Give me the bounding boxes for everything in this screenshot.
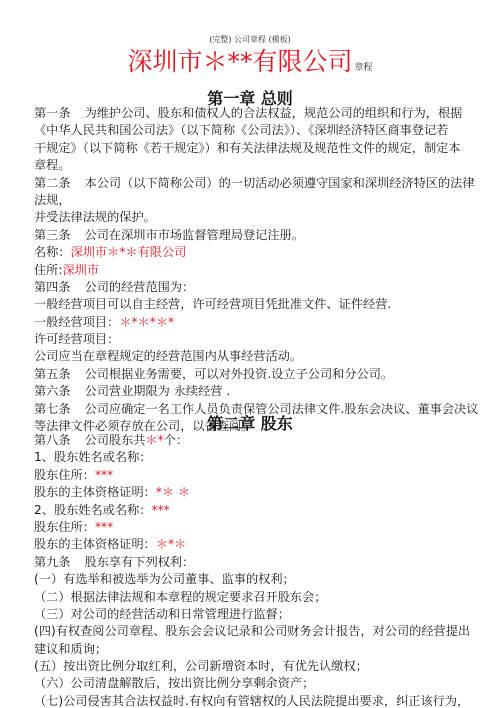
article-number: 第二条	[34, 176, 71, 190]
line-text: 本公司（以下简称公司）的一切活动必须遵守国家和深圳经济特区的法律	[85, 176, 475, 190]
line-text: 许可经营项目：	[34, 332, 119, 346]
document-title: 深圳市＊**有限公司章程	[0, 42, 500, 78]
line-text: 公司的经营范围为：	[85, 280, 195, 294]
line-text: 股东住所：	[34, 520, 95, 534]
text-line: (一）有选举和被选举为公司董事、监事的权利；	[34, 571, 464, 588]
text-line: 股东的主体资格证明：*＊ ＊	[34, 484, 464, 501]
article-line: 第六条公司营业期限为 永续经营 .	[34, 383, 464, 400]
text-line: 许可经营项目：	[34, 331, 464, 348]
article-line: 第九条股东享有下列权利：	[34, 554, 464, 571]
line-text: 2、股东姓名或名称：	[34, 503, 151, 517]
article-number: 第一条	[34, 106, 71, 120]
line-text: 股东的主体资格证明：	[34, 485, 156, 499]
line-text: 住所:	[34, 263, 62, 277]
line-text: 股东的主体资格证明：	[34, 537, 156, 551]
text-line: 章程。	[34, 157, 464, 174]
line-text: （三）对公司的经营活动和日常管理进行监督；	[34, 607, 290, 621]
placeholder-value: ＊*＊	[156, 537, 186, 551]
line-text: 公司根据业务需要，可以对外投资.设立子公司和分公司。	[85, 367, 394, 381]
placeholder-value: *＊ ＊	[156, 485, 190, 499]
article-number: 第四条	[34, 280, 71, 294]
article-number: 第八条	[34, 433, 71, 447]
text-line: 1、股东姓名或名称：	[34, 449, 464, 466]
company-name-title: 深圳市＊**有限公司	[127, 47, 352, 76]
text-line: 一般经营项目：＊*＊*＊*	[34, 314, 464, 331]
line-text: （七)公司侵害其合法权益时.有权向有管辖权的人民法院提出要求，纠正该行为，	[34, 694, 469, 708]
placeholder-value: ***	[95, 468, 113, 482]
line-text: 公司在深圳市市场监督管理局登记注册。	[85, 228, 304, 242]
placeholder-value: 深圳市	[62, 263, 99, 277]
text-line: 名称：深圳市＊*＊有限公司	[34, 244, 464, 261]
line-text: 公司营业期限为 永续经营 .	[85, 384, 231, 398]
line-text: 干规定》（以下简称《若干规定》）和有关法律法规及规范性文件的规定，制定本	[34, 141, 461, 155]
line-text: 并受法律法规的保护。	[34, 210, 156, 224]
line-text: 股东享有下列权利：	[85, 555, 195, 569]
line-text: 《中华人民共和国公司法》（以下简称《公司法》）、《深圳经济特区商事登记若	[34, 123, 448, 137]
article-number: 第五条	[34, 367, 71, 381]
line-text: 公司应当在章程规定的经营范围内从事经营活动。	[34, 349, 302, 363]
text-line: （六）公司清盘解散后，按出资比例分享剩余资产；	[34, 675, 464, 692]
line-text: 一般经营项目可以自主经营，许可经营项目凭批准文件、证件经营.	[34, 297, 391, 311]
article-line: 第四条公司的经营范围为：	[34, 279, 464, 296]
line-text: (五）按出资比例分取红利，公司新增资本时，有优先认缴权；	[34, 659, 368, 673]
article-line: 第八条公司股东共＊*个：	[34, 432, 464, 449]
text-line: 并受法律法规的保护。	[34, 209, 464, 226]
text-line: （七)公司侵害其合法权益时.有权向有管辖权的人民法院提出要求，纠正该行为，	[34, 693, 464, 708]
article-number: 第六条	[34, 384, 71, 398]
placeholder-value: ***	[95, 520, 113, 534]
placeholder-value: ***	[151, 503, 169, 517]
text-line: 公司应当在章程规定的经营范围内从事经营活动。	[34, 348, 464, 365]
article-number: 第三条	[34, 228, 71, 242]
document-page: (完整) 公司章程 (模板) 深圳市＊**有限公司章程 第一章 总则 第一条为维…	[0, 0, 500, 708]
article-line: 第五条公司根据业务需要，可以对外投资.设立子公司和分公司。	[34, 366, 464, 383]
line-text: 建议和质询；	[34, 642, 107, 656]
article-number: 第九条	[34, 555, 71, 569]
line-text: 名称：	[34, 245, 71, 259]
line-text: 公司股东共	[85, 433, 146, 447]
line-text: (一）有选举和被选举为公司董事、监事的权利；	[34, 572, 295, 586]
article-line: 第三条公司在深圳市市场监督管理局登记注册。	[34, 227, 464, 244]
article-line: 第二条本公司（以下简称公司）的一切活动必须遵守国家和深圳经济特区的法律	[34, 175, 464, 192]
text-line: 股东住所：***	[34, 519, 464, 536]
text-line: 股东住所：***	[34, 467, 464, 484]
title-suffix: 章程	[355, 63, 373, 73]
chapter-2-heading: 第二章 股东	[0, 411, 500, 434]
placeholder-value: ＊*	[146, 433, 164, 447]
line-text: (四)有权查阅公司章程、股东会会议记录和公司财务会计报告，对公司的经营提出	[34, 624, 470, 638]
text-line: 法规，	[34, 192, 464, 209]
text-line: （二）根据法律法规和本章程的规定要求召开股东会；	[34, 589, 464, 606]
text-line: （三）对公司的经营活动和日常管理进行监督；	[34, 606, 464, 623]
text-line: 一般经营项目可以自主经营，许可经营项目凭批准文件、证件经营.	[34, 296, 464, 313]
chapter-2-body: 第八条公司股东共＊*个：1、股东姓名或名称：股东住所：***股东的主体资格证明：…	[34, 432, 464, 708]
placeholder-value: 深圳市＊*＊有限公司	[71, 245, 187, 259]
line-text: 一般经营项目：	[34, 315, 119, 329]
text-line: 股东的主体资格证明：＊*＊	[34, 536, 464, 553]
line-text: 为维护公司、股东和债权人的合法权益，规范公司的组织和行为，根据	[85, 106, 463, 120]
line-text: 章程。	[34, 158, 71, 172]
line-text: 法规，	[34, 193, 71, 207]
text-line: 住所:深圳市	[34, 262, 464, 279]
line-text-suffix: 个：	[164, 433, 188, 447]
line-text: （六）公司清盘解散后，按出资比例分享剩余资产；	[34, 676, 314, 690]
article-line: 第一条为维护公司、股东和债权人的合法权益，规范公司的组织和行为，根据	[34, 105, 464, 122]
text-line: (四)有权查阅公司章程、股东会会议记录和公司财务会计报告，对公司的经营提出	[34, 623, 464, 640]
placeholder-value: ＊*＊*＊*	[119, 315, 174, 329]
chapter-1-body: 第一条为维护公司、股东和债权人的合法权益，规范公司的组织和行为，根据《中华人民共…	[34, 105, 464, 435]
text-line: 干规定》（以下简称《若干规定》）和有关法律法规及规范性文件的规定，制定本	[34, 140, 464, 157]
text-line: 建议和质询；	[34, 641, 464, 658]
text-line: 《中华人民共和国公司法》（以下简称《公司法》）、《深圳经济特区商事登记若	[34, 122, 464, 139]
line-text: 1、股东姓名或名称：	[34, 450, 151, 464]
text-line: (五）按出资比例分取红利，公司新增资本时，有优先认缴权；	[34, 658, 464, 675]
text-line: 2、股东姓名或名称：***	[34, 502, 464, 519]
line-text: （二）根据法律法规和本章程的规定要求召开股东会；	[34, 590, 327, 604]
line-text: 股东住所：	[34, 468, 95, 482]
